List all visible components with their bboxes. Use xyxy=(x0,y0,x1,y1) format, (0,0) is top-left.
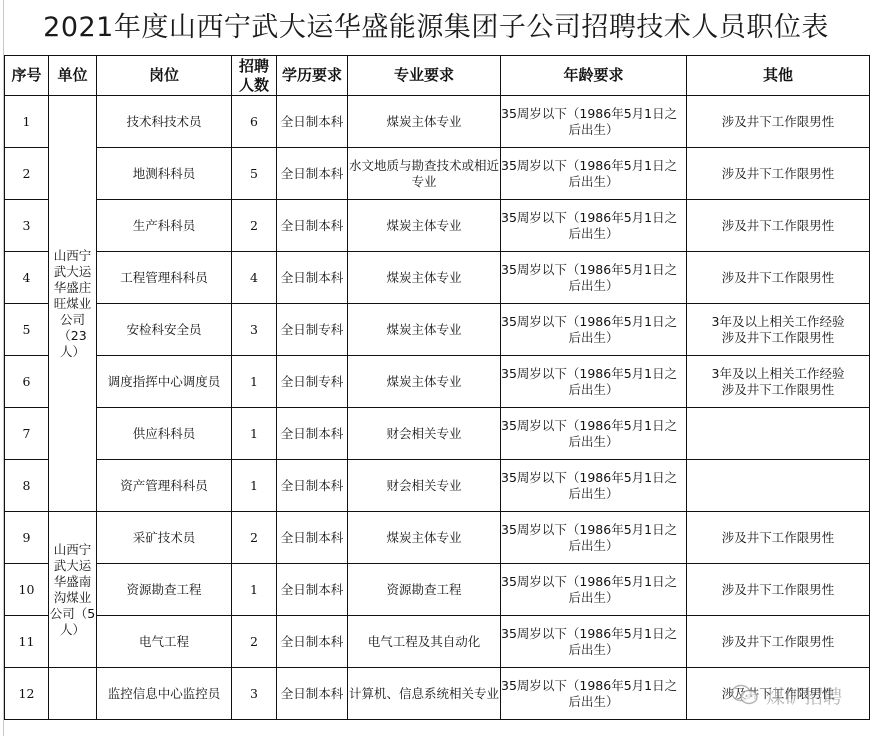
cell-major: 煤炭主体专业 xyxy=(348,252,501,304)
cell-index: 9 xyxy=(5,512,49,564)
cell-major: 煤炭主体专业 xyxy=(348,356,501,408)
cell-index: 2 xyxy=(5,148,49,200)
cell-age: 35周岁以下（1986年5月1日之后出生） xyxy=(501,460,687,512)
cell-other: 3年及以上相关工作经验涉及井下工作限男性 xyxy=(687,304,870,356)
cell-index: 11 xyxy=(5,616,49,668)
cell-count: 2 xyxy=(232,616,277,668)
cell-age: 35周岁以下（1986年5月1日之后出生） xyxy=(501,304,687,356)
cell-index: 3 xyxy=(5,200,49,252)
cell-count: 3 xyxy=(232,668,277,720)
cell-major: 计算机、信息系统相关专业 xyxy=(348,668,501,720)
cell-index: 10 xyxy=(5,564,49,616)
cell-count: 4 xyxy=(232,252,277,304)
table-row: 8资产管理科科员1全日制本科财会相关专业35周岁以下（1986年5月1日之后出生… xyxy=(5,460,870,512)
age-line2: 后出生） xyxy=(501,590,686,606)
cell-age: 35周岁以下（1986年5月1日之后出生） xyxy=(501,668,687,720)
cell-count: 5 xyxy=(232,148,277,200)
cell-other: 3年及以上相关工作经验涉及井下工作限男性 xyxy=(687,356,870,408)
header-row: 序号 单位 岗位 招聘 人数 学历要求 专业要求 年龄要求 其他 xyxy=(5,56,870,96)
age-line1: 35周岁以下（1986年5月1日之 xyxy=(501,106,686,122)
header-count-line1: 招聘 xyxy=(239,57,269,75)
cell-position: 监控信息中心监控员 xyxy=(97,668,232,720)
cell-position: 技术科技术员 xyxy=(97,96,232,148)
cell-other: 涉及井下工作限男性 xyxy=(687,148,870,200)
cell-major: 煤炭主体专业 xyxy=(348,96,501,148)
other-line: 涉及井下工作限男性 xyxy=(687,530,869,546)
cell-major: 资源勘查工程 xyxy=(348,564,501,616)
age-line2: 后出生） xyxy=(501,330,686,346)
table-row: 10资源勘查工程1全日制本科资源勘查工程35周岁以下（1986年5月1日之后出生… xyxy=(5,564,870,616)
cell-count: 3 xyxy=(232,304,277,356)
cell-position: 资源勘查工程 xyxy=(97,564,232,616)
table-row: 4工程管理科科员4全日制本科煤炭主体专业35周岁以下（1986年5月1日之后出生… xyxy=(5,252,870,304)
cell-count: 2 xyxy=(232,512,277,564)
cell-count: 6 xyxy=(232,96,277,148)
cell-major: 电气工程及其自动化 xyxy=(348,616,501,668)
cell-education: 全日制本科 xyxy=(277,408,348,460)
cell-other: 涉及井下工作限男性 xyxy=(687,252,870,304)
cell-major: 水文地质与勘查技术或相近专业 xyxy=(348,148,501,200)
cell-position: 供应科科员 xyxy=(97,408,232,460)
cell-major: 煤炭主体专业 xyxy=(348,200,501,252)
table-row: 11电气工程2全日制本科电气工程及其自动化35周岁以下（1986年5月1日之后出… xyxy=(5,616,870,668)
cell-index: 7 xyxy=(5,408,49,460)
table-body: 1山西宁武大运华盛庄旺煤业公司（23人）技术科技术员6全日制本科煤炭主体专业35… xyxy=(5,96,870,720)
table-row: 1山西宁武大运华盛庄旺煤业公司（23人）技术科技术员6全日制本科煤炭主体专业35… xyxy=(5,96,870,148)
cell-position: 安检科安全员 xyxy=(97,304,232,356)
other-line: 涉及井下工作限男性 xyxy=(687,166,869,182)
other-line: 涉及井下工作限男性 xyxy=(687,582,869,598)
page-title: 2021年度山西宁武大运华盛能源集团子公司招聘技术人员职位表 xyxy=(0,6,872,50)
header-major: 专业要求 xyxy=(348,56,501,96)
cell-education: 全日制本科 xyxy=(277,512,348,564)
age-line1: 35周岁以下（1986年5月1日之 xyxy=(501,470,686,486)
table-row: 12监控信息中心监控员3全日制本科计算机、信息系统相关专业35周岁以下（1986… xyxy=(5,668,870,720)
cell-other xyxy=(687,460,870,512)
age-line1: 35周岁以下（1986年5月1日之 xyxy=(501,522,686,538)
cell-education: 全日制本科 xyxy=(277,564,348,616)
cell-age: 35周岁以下（1986年5月1日之后出生） xyxy=(501,356,687,408)
header-position: 岗位 xyxy=(97,56,232,96)
cell-education: 全日制本科 xyxy=(277,460,348,512)
age-line2: 后出生） xyxy=(501,642,686,658)
age-line1: 35周岁以下（1986年5月1日之 xyxy=(501,678,686,694)
cell-position: 调度指挥中心调度员 xyxy=(97,356,232,408)
cell-index: 8 xyxy=(5,460,49,512)
other-line: 涉及井下工作限男性 xyxy=(687,330,869,346)
age-line1: 35周岁以下（1986年5月1日之 xyxy=(501,262,686,278)
cell-major: 煤炭主体专业 xyxy=(348,512,501,564)
table-row: 6调度指挥中心调度员1全日制专科煤炭主体专业35周岁以下（1986年5月1日之后… xyxy=(5,356,870,408)
cell-age: 35周岁以下（1986年5月1日之后出生） xyxy=(501,200,687,252)
cell-age: 35周岁以下（1986年5月1日之后出生） xyxy=(501,96,687,148)
positions-table: 序号 单位 岗位 招聘 人数 学历要求 专业要求 年龄要求 其他 1山西宁武大运… xyxy=(4,55,870,720)
cell-age: 35周岁以下（1986年5月1日之后出生） xyxy=(501,148,687,200)
table-row: 5安检科安全员3全日制专科煤炭主体专业35周岁以下（1986年5月1日之后出生）… xyxy=(5,304,870,356)
header-age: 年龄要求 xyxy=(501,56,687,96)
age-line1: 35周岁以下（1986年5月1日之 xyxy=(501,574,686,590)
cell-count: 1 xyxy=(232,564,277,616)
cell-other: 涉及井下工作限男性 xyxy=(687,512,870,564)
age-line2: 后出生） xyxy=(501,174,686,190)
cell-index: 6 xyxy=(5,356,49,408)
cell-other: 涉及井下工作限男性 xyxy=(687,200,870,252)
age-line1: 35周岁以下（1986年5月1日之 xyxy=(501,210,686,226)
age-line1: 35周岁以下（1986年5月1日之 xyxy=(501,366,686,382)
cell-other xyxy=(687,408,870,460)
other-line: 涉及井下工作限男性 xyxy=(687,218,869,234)
table-row: 7供应科科员1全日制本科财会相关专业35周岁以下（1986年5月1日之后出生） xyxy=(5,408,870,460)
cell-position: 采矿技术员 xyxy=(97,512,232,564)
cell-education: 全日制本科 xyxy=(277,616,348,668)
cell-unit: 山西宁武大运华盛庄旺煤业公司（23人） xyxy=(49,96,97,512)
cell-index: 1 xyxy=(5,96,49,148)
age-line2: 后出生） xyxy=(501,278,686,294)
other-line: 3年及以上相关工作经验 xyxy=(687,314,869,330)
header-count: 招聘 人数 xyxy=(232,56,277,96)
cell-position: 电气工程 xyxy=(97,616,232,668)
age-line1: 35周岁以下（1986年5月1日之 xyxy=(501,314,686,330)
cell-other: 涉及井下工作限男性 xyxy=(687,96,870,148)
cell-position: 地测科科员 xyxy=(97,148,232,200)
cell-other: 涉及井下工作限男性 xyxy=(687,564,870,616)
age-line2: 后出生） xyxy=(501,538,686,554)
cell-education: 全日制本科 xyxy=(277,200,348,252)
age-line2: 后出生） xyxy=(501,226,686,242)
cell-education: 全日制专科 xyxy=(277,356,348,408)
age-line2: 后出生） xyxy=(501,434,686,450)
cell-education: 全日制本科 xyxy=(277,252,348,304)
cell-index: 12 xyxy=(5,668,49,720)
age-line1: 35周岁以下（1986年5月1日之 xyxy=(501,158,686,174)
cell-position: 工程管理科科员 xyxy=(97,252,232,304)
cell-major: 煤炭主体专业 xyxy=(348,304,501,356)
other-line: 涉及井下工作限男性 xyxy=(687,114,869,130)
header-unit: 单位 xyxy=(49,56,97,96)
age-line2: 后出生） xyxy=(501,694,686,710)
table-row: 2地测科科员5全日制本科水文地质与勘查技术或相近专业35周岁以下（1986年5月… xyxy=(5,148,870,200)
cell-other: 涉及井下工作限男性 xyxy=(687,668,870,720)
cell-unit xyxy=(49,668,97,720)
header-other: 其他 xyxy=(687,56,870,96)
other-line: 涉及井下工作限男性 xyxy=(687,382,869,398)
age-line1: 35周岁以下（1986年5月1日之 xyxy=(501,418,686,434)
age-line2: 后出生） xyxy=(501,382,686,398)
cell-count: 1 xyxy=(232,460,277,512)
cell-education: 全日制本科 xyxy=(277,96,348,148)
age-line2: 后出生） xyxy=(501,486,686,502)
cell-index: 4 xyxy=(5,252,49,304)
header-index: 序号 xyxy=(5,56,49,96)
other-line: 涉及井下工作限男性 xyxy=(687,686,869,702)
cell-age: 35周岁以下（1986年5月1日之后出生） xyxy=(501,564,687,616)
other-line: 3年及以上相关工作经验 xyxy=(687,366,869,382)
cell-other: 涉及井下工作限男性 xyxy=(687,616,870,668)
cell-age: 35周岁以下（1986年5月1日之后出生） xyxy=(501,616,687,668)
cell-major: 财会相关专业 xyxy=(348,460,501,512)
cell-age: 35周岁以下（1986年5月1日之后出生） xyxy=(501,512,687,564)
table-row: 9山西宁武大运华盛南沟煤业公司（5人）采矿技术员2全日制本科煤炭主体专业35周岁… xyxy=(5,512,870,564)
age-line1: 35周岁以下（1986年5月1日之 xyxy=(501,626,686,642)
age-line2: 后出生） xyxy=(501,122,686,138)
cell-age: 35周岁以下（1986年5月1日之后出生） xyxy=(501,408,687,460)
cell-count: 2 xyxy=(232,200,277,252)
cell-position: 生产科科员 xyxy=(97,200,232,252)
other-line: 涉及井下工作限男性 xyxy=(687,270,869,286)
cell-count: 1 xyxy=(232,356,277,408)
table-row: 3生产科科员2全日制本科煤炭主体专业35周岁以下（1986年5月1日之后出生）涉… xyxy=(5,200,870,252)
cell-education: 全日制专科 xyxy=(277,304,348,356)
header-count-line2: 人数 xyxy=(239,76,269,94)
cell-education: 全日制本科 xyxy=(277,668,348,720)
cell-age: 35周岁以下（1986年5月1日之后出生） xyxy=(501,252,687,304)
other-line: 涉及井下工作限男性 xyxy=(687,634,869,650)
cell-major: 财会相关专业 xyxy=(348,408,501,460)
header-education: 学历要求 xyxy=(277,56,348,96)
cell-position: 资产管理科科员 xyxy=(97,460,232,512)
cell-index: 5 xyxy=(5,304,49,356)
cell-unit: 山西宁武大运华盛南沟煤业公司（5人） xyxy=(49,512,97,668)
cell-count: 1 xyxy=(232,408,277,460)
cell-education: 全日制本科 xyxy=(277,148,348,200)
